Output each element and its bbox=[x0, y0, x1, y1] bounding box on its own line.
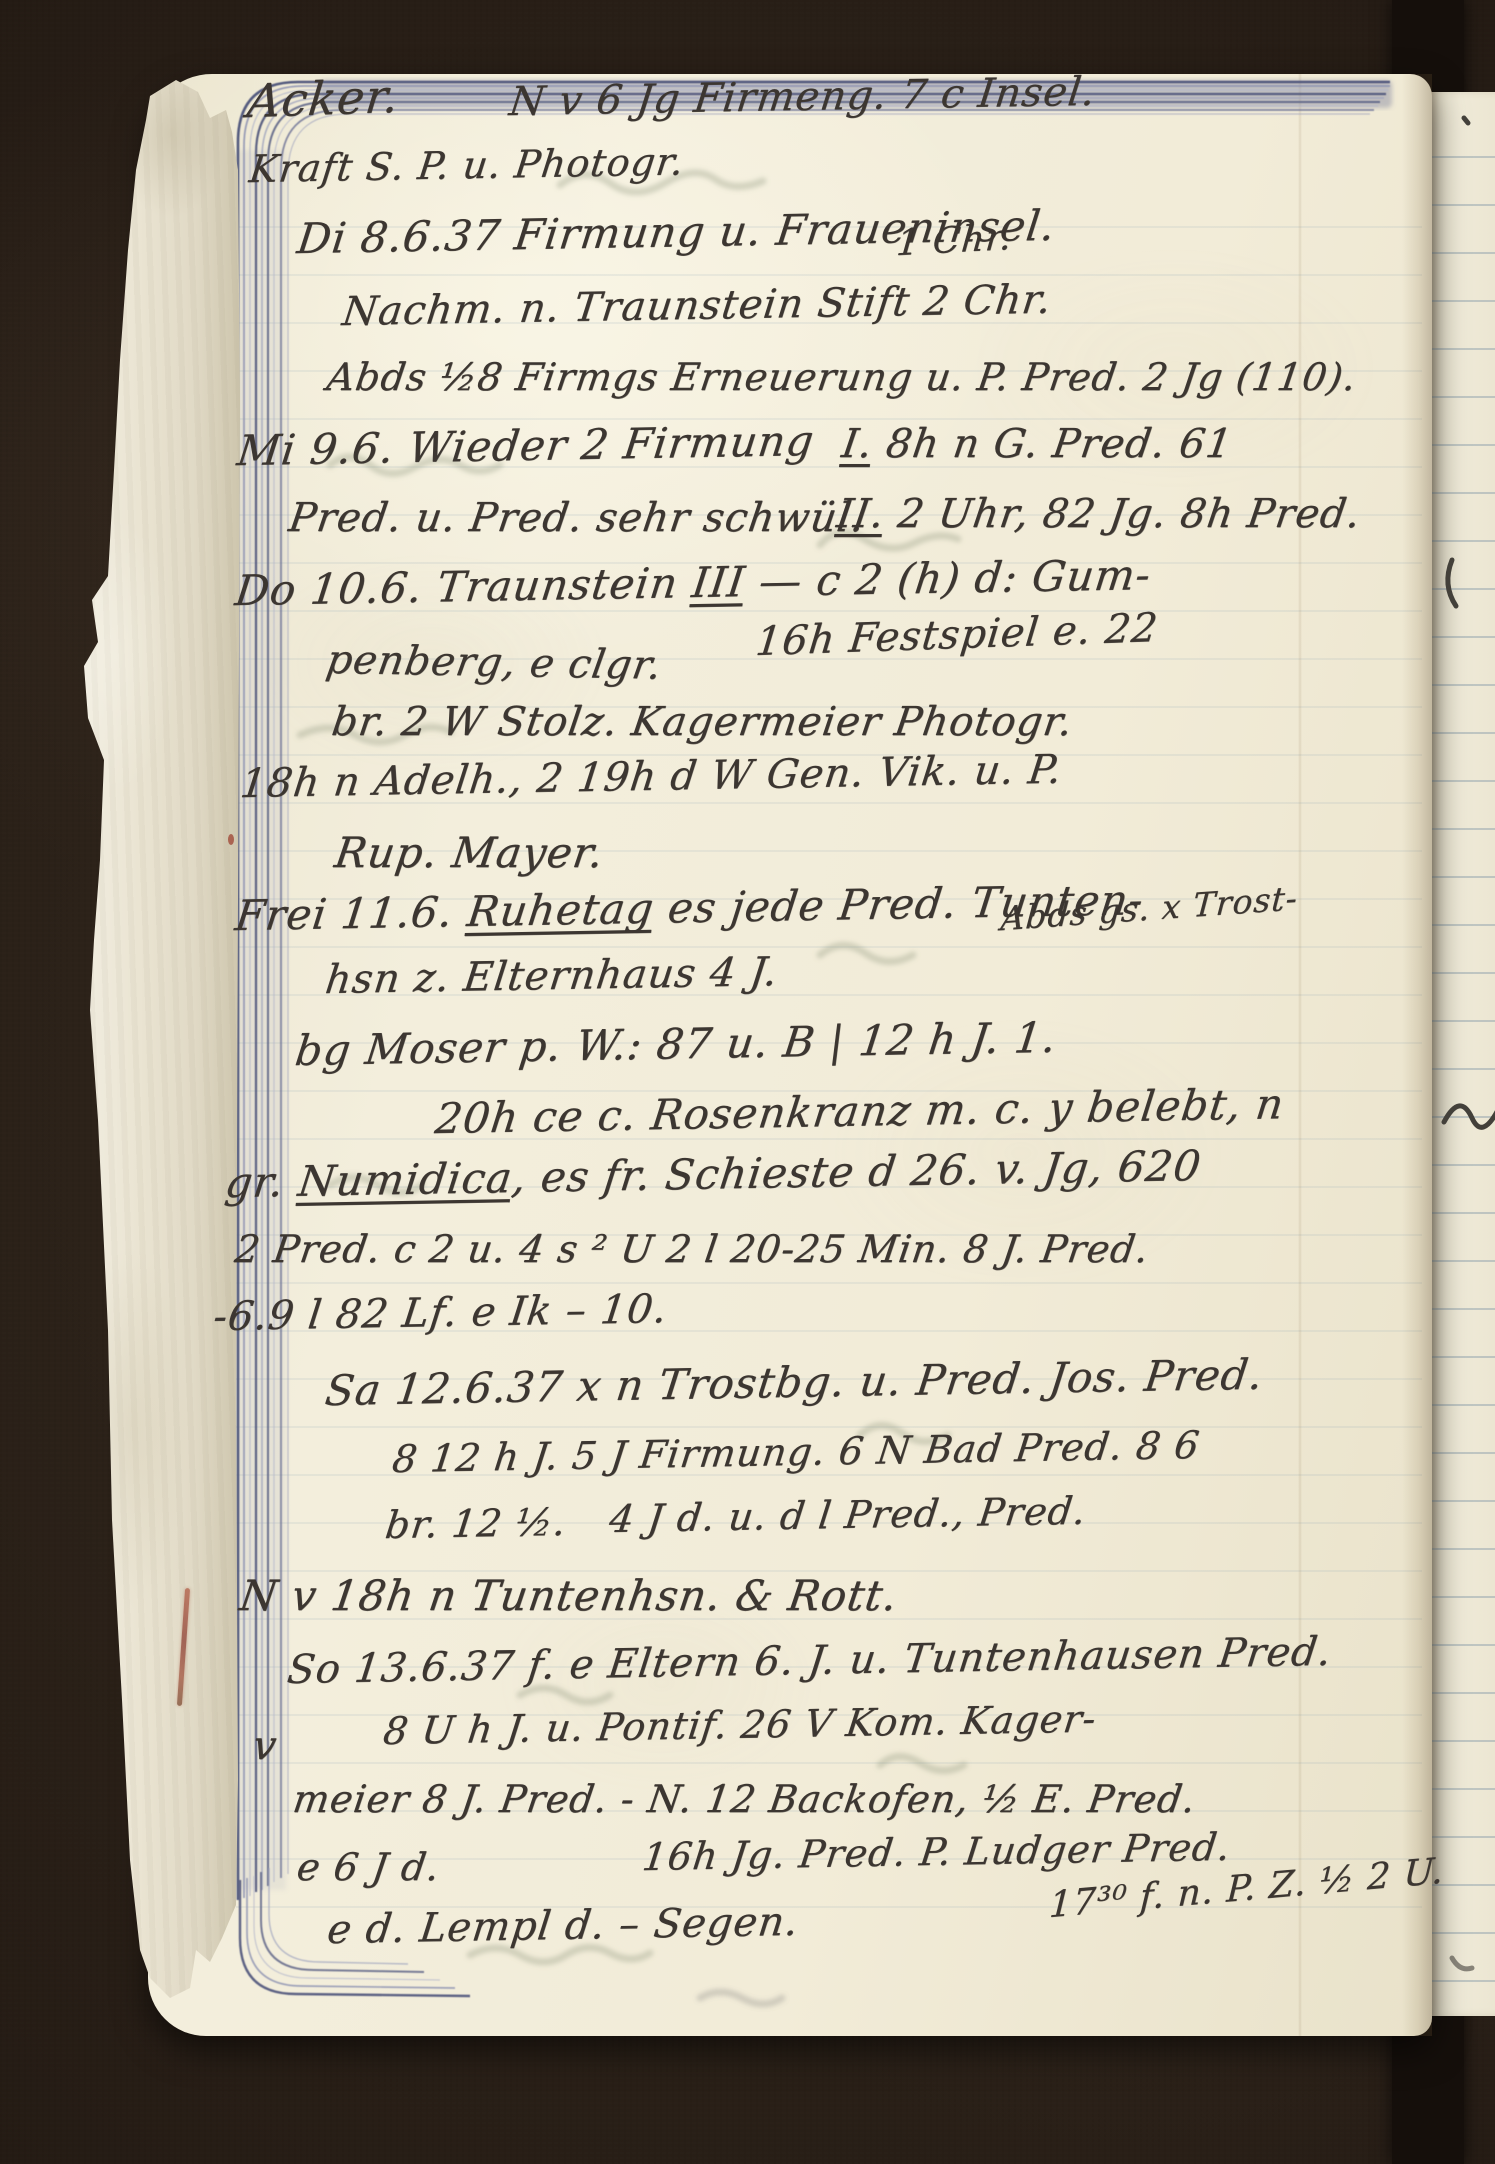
handwriting-line: Abds ½8 Firmgs Erneuerung u. P. Pred. 2 … bbox=[325, 358, 1360, 396]
handwriting-line: 1 Chr. bbox=[895, 220, 1014, 262]
handwriting-line: penberg, e clgr. bbox=[324, 640, 665, 686]
handwriting-line: 8 U h J. u. Pontif. 26 V Kom. Kager- bbox=[381, 1700, 1098, 1751]
handwriting-line: e 6 J d. bbox=[295, 1848, 443, 1886]
handwriting-line: 2 Pred. c 2 u. 4 s ² U 2 l 20-25 Min. 8 … bbox=[233, 1230, 1152, 1268]
handwriting-line: v bbox=[250, 1726, 279, 1766]
handwriting-line: Rup. Mayer. bbox=[332, 832, 607, 874]
notebook-photo: Acker.N v 6 Jg Firmeng. 7 c Insel.Kraft … bbox=[0, 0, 1495, 2164]
handwriting-line: I. 8h n G. Pred. 61 bbox=[839, 424, 1235, 464]
handwriting-line: 18h n Adelh., 2 19h d W Gen. Vik. u. P. bbox=[238, 750, 1064, 804]
handwriting-line: br. 12 ½. bbox=[383, 1503, 568, 1544]
handwriting-line: Nachm. n. Traunstein Stift 2 Chr. bbox=[340, 280, 1054, 332]
handwriting-line: Do 10.6. Traunstein III — c 2 (h) d: Gum… bbox=[233, 554, 1154, 612]
handwriting-line: gr. Numidica, es fr. Schieste d 26. v. J… bbox=[223, 1145, 1204, 1204]
handwriting-line: br. 2 W Stolz. Kagermeier Photogr. bbox=[329, 702, 1075, 742]
handwriting-line: meier 8 J. Pred. - N. 12 Backofen, ½ E. … bbox=[291, 1780, 1199, 1818]
handwriting-line: -6.9 l 82 Lf. e Ik – 10. bbox=[211, 1289, 670, 1337]
handwriting-line: 8 12 h J. 5 J Firmung. 6 N Bad Pred. 8 6 bbox=[390, 1426, 1202, 1478]
handwriting-line: Acker. bbox=[245, 73, 401, 124]
handwriting-line: II. 2 Uhr, 82 Jg. 8h Pred. bbox=[834, 494, 1363, 534]
handwriting-line: Sa 12.6.37 x n Trostbg. u. Pred. Jos. Pr… bbox=[323, 1354, 1266, 1412]
handwriting-line: So 13.6.37 f. e Eltern 6. J. u. Tuntenha… bbox=[285, 1632, 1334, 1690]
handwriting-line: Mi 9.6. Wieder 2 Firmung bbox=[235, 420, 817, 472]
handwriting-line: hsn z. Elternhaus 4 J. bbox=[323, 952, 780, 1000]
handwriting-line: Kraft S. P. u. Photogr. bbox=[247, 142, 686, 188]
handwriting-line: 16h Jg. Pred. P. Ludger Pred. bbox=[640, 1828, 1233, 1876]
handwriting-line: Pred. u. Pred. sehr schwül. bbox=[286, 498, 867, 538]
handwriting-line: 20h ce c. Rosenkranz m. c. y belebt, n bbox=[433, 1083, 1287, 1140]
handwriting-line: 4 J d. u. d l Pred., Pred. bbox=[607, 1492, 1088, 1538]
handwriting-line: 16h Festspiel e. 22 bbox=[754, 608, 1160, 662]
handwriting-layer: Acker.N v 6 Jg Firmeng. 7 c Insel.Kraft … bbox=[0, 0, 1495, 2164]
handwriting-line: N v 6 Jg Firmeng. 7 c Insel. bbox=[507, 72, 1098, 122]
handwriting-line: bg Moser p. W.: 87 u. B | 12 h J. 1. bbox=[293, 1017, 1059, 1072]
handwriting-line: e d. Lempl d. – Segen. bbox=[325, 1902, 801, 1950]
handwriting-line: N v 18h n Tuntenhsn. & Rott. bbox=[237, 1575, 900, 1617]
